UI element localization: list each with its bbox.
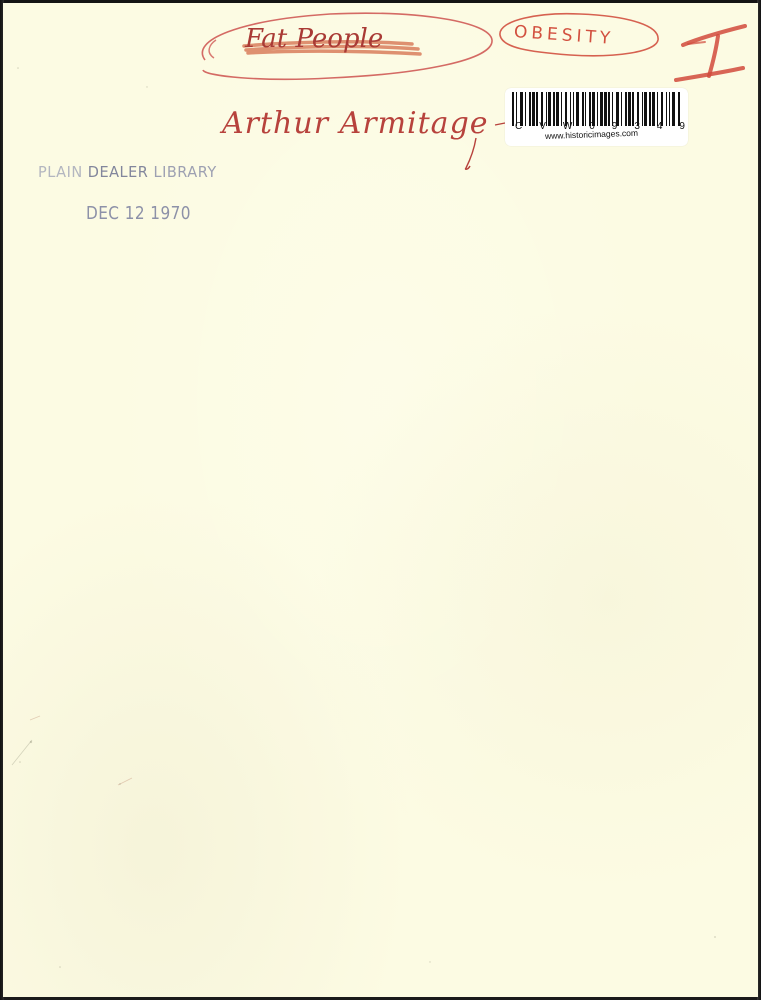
crossed-out-label: Fat People	[245, 24, 383, 54]
date-stamp: DEC 12 1970	[86, 203, 191, 224]
photo-back-paper	[3, 3, 758, 997]
barcode-label: C V W 0 9 3 4 9 www.historicimages.com	[505, 88, 688, 146]
handwritten-name: Arthur Armitage	[222, 106, 489, 141]
library-stamp: PLAIN DEALER LIBRARY	[38, 165, 217, 182]
library-stamp-main: DEALER	[83, 165, 154, 182]
paper-specks	[3, 3, 758, 997]
barcode-digit: C	[515, 121, 522, 132]
barcode-url: www.historicimages.com	[545, 128, 638, 141]
library-stamp-prefix: PLAIN	[38, 165, 83, 182]
barcode-digit: 9	[679, 121, 685, 132]
library-stamp-suffix: LIBRARY	[153, 165, 216, 182]
barcode-digit: 4	[657, 121, 663, 132]
